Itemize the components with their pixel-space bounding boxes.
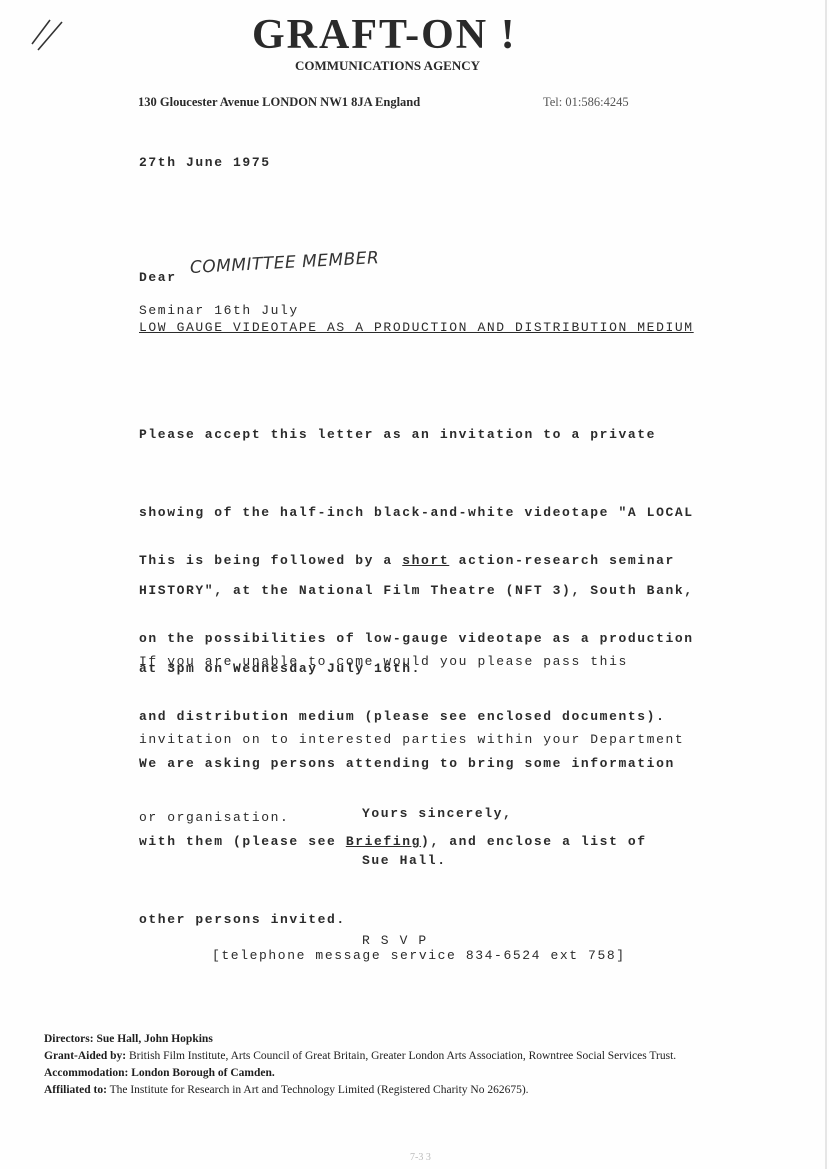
company-logo: GRAFT-ON !: [252, 14, 517, 56]
handwritten-recipient: COMMITTEE MEMBER: [189, 248, 379, 278]
footer-label: Accommodation:: [44, 1067, 128, 1079]
rsvp: R S V P: [362, 933, 428, 948]
signature: Sue Hall.: [362, 853, 447, 868]
footer-directors: Directors: Sue Hall, John Hopkins: [44, 1031, 784, 1048]
letterhead-footer: Directors: Sue Hall, John Hopkins Grant-…: [44, 1031, 784, 1099]
footer-label: Directors:: [44, 1033, 94, 1045]
text-span: ), and enclose a list of: [421, 834, 647, 849]
paragraph-line: We are asking persons attending to bring…: [139, 751, 675, 777]
footer-value: British Film Institute, Arts Council of …: [129, 1050, 676, 1062]
corner-slash-mark-icon: [30, 18, 70, 52]
text-span: with them (please see: [139, 834, 346, 849]
letter-date: 27th June 1975: [139, 155, 271, 170]
footer-label: Affiliated to:: [44, 1084, 107, 1096]
company-tagline: COMMUNICATIONS AGENCY: [295, 58, 480, 74]
footer-value: The Institute for Research in Art and Te…: [110, 1084, 529, 1096]
footer-accommodation: Accommodation: London Borough of Camden.: [44, 1065, 784, 1082]
footer-affiliated: Affiliated to: The Institute for Researc…: [44, 1082, 784, 1099]
paragraph-line: This is being followed by a short action…: [139, 548, 694, 574]
subject-line-2: LOW GAUGE VIDEOTAPE AS A PRODUCTION AND …: [139, 320, 694, 335]
text-span: This is being followed by a: [139, 553, 402, 568]
footer-grant: Grant-Aided by: British Film Institute, …: [44, 1048, 784, 1065]
text-span: action-research seminar: [449, 553, 675, 568]
footer-value: London Borough of Camden.: [131, 1067, 275, 1079]
paragraph-line: If you are unable to come would you plea…: [139, 649, 684, 675]
page-mark: 7-3 3: [410, 1152, 431, 1163]
rsvp-contact: [telephone message service 834-6524 ext …: [212, 948, 626, 963]
company-address: 130 Gloucester Avenue LONDON NW1 8JA Eng…: [138, 95, 420, 110]
footer-label: Grant-Aided by:: [44, 1050, 126, 1062]
valediction: Yours sincerely,: [362, 806, 512, 821]
page-edge-shadow: [825, 0, 827, 1169]
paragraph-line: with them (please see Briefing), and enc…: [139, 829, 675, 855]
footer-value: Sue Hall, John Hopkins: [96, 1033, 212, 1045]
salutation-prefix: Dear: [139, 270, 177, 285]
paragraph-line: Please accept this letter as an invitati…: [139, 422, 694, 448]
underlined-short: short: [402, 553, 449, 568]
company-telephone: Tel: 01:586:4245: [543, 95, 629, 110]
subject-line-1: Seminar 16th July: [139, 303, 299, 318]
paragraph-line: other persons invited.: [139, 907, 675, 933]
letter-page: GRAFT-ON ! COMMUNICATIONS AGENCY 130 Glo…: [0, 0, 829, 1169]
underlined-briefing: Briefing: [346, 834, 421, 849]
